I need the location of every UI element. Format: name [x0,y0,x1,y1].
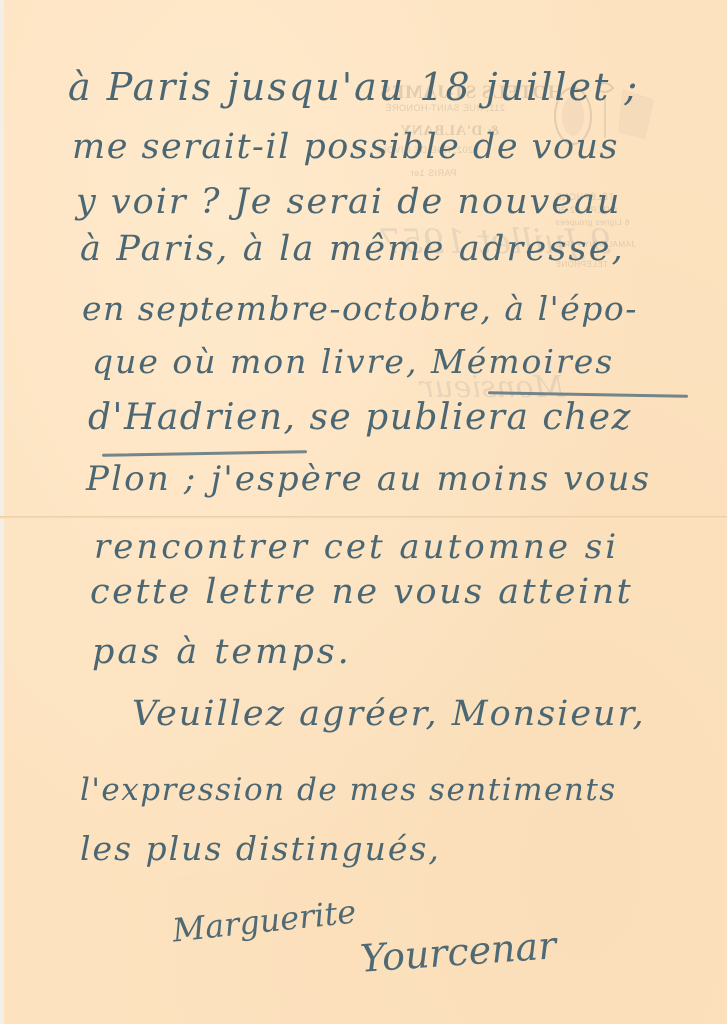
letter-body: à Paris jusqu'au 18 juillet ; me serait-… [0,0,727,1024]
title-underline-2 [102,450,307,457]
letter-line-3: y voir ? Je serai de nouveau [76,185,621,220]
letter-page: HOTELS ST-JAMES 211, RUE SAINT-HONORÉ & … [0,0,727,1024]
letter-line-1: à Paris jusqu'au 18 juillet ; [68,68,639,106]
letter-line-13: l'expression de mes sentiments [80,775,617,806]
letter-line-12: Veuillez agréer, Monsieur, [132,697,646,732]
letter-line-8: Plon ; j'espère au moins vous [86,462,651,496]
letter-line-14: les plus distingués, [80,832,441,865]
letter-line-11: pas à temps. [92,635,352,670]
letter-line-7: d'Hadrien, se publiera chez [88,400,632,436]
letter-line-6: que où mon livre, Mémoires [92,345,614,378]
letter-line-10: cette lettre ne vous atteint [90,575,633,610]
letter-line-9: rencontrer cet automne si [94,530,619,564]
letter-line-4: à Paris, à la même adresse, [80,232,625,267]
signature-first-name: Marguerite [171,892,358,949]
letter-line-5: en septembre-octobre, à l'épo- [82,292,638,325]
signature-last-name: Yourcenar [359,923,558,981]
letter-line-2: me serait-il possible de vous [72,130,619,165]
